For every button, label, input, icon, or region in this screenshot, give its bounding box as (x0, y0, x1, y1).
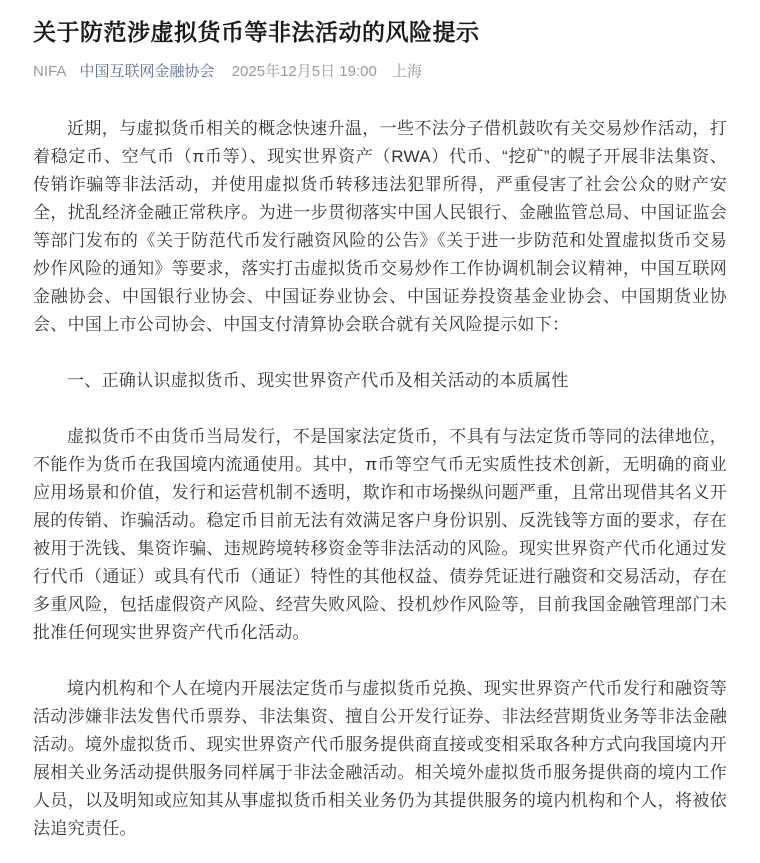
account-name-link[interactable]: 中国互联网金融协会 (80, 63, 215, 80)
article-meta: NIFA 中国互联网金融协会 2025年12月5日 19:00 上海 (33, 61, 727, 82)
article-page: 关于防范涉虚拟货币等非法活动的风险提示 NIFA 中国互联网金融协会 2025年… (0, 0, 760, 863)
publish-location: 上海 (392, 63, 422, 80)
paragraph-section1-body: 虚拟货币不由货币当局发行，不是国家法定货币，不具有与法定货币等同的法律地位，不能… (33, 423, 727, 647)
account-abbreviation: NIFA (33, 63, 66, 80)
section-heading-1: 一、正确认识虚拟货币、现实世界资产代币及相关活动的本质属性 (33, 367, 727, 395)
paragraph-section1-body-2: 境内机构和个人在境内开展法定货币与虚拟货币兑换、现实世界资产代币发行和融资等活动… (33, 675, 727, 843)
publish-date: 2025年12月5日 19:00 (232, 63, 377, 80)
article-content: 近期，与虚拟货币相关的概念快速升温，一些不法分子借机鼓吹有关交易炒作活动，打着稳… (33, 115, 727, 843)
paragraph-intro: 近期，与虚拟货币相关的概念快速升温，一些不法分子借机鼓吹有关交易炒作活动，打着稳… (33, 115, 727, 339)
article-title: 关于防范涉虚拟货币等非法活动的风险提示 (33, 16, 727, 48)
